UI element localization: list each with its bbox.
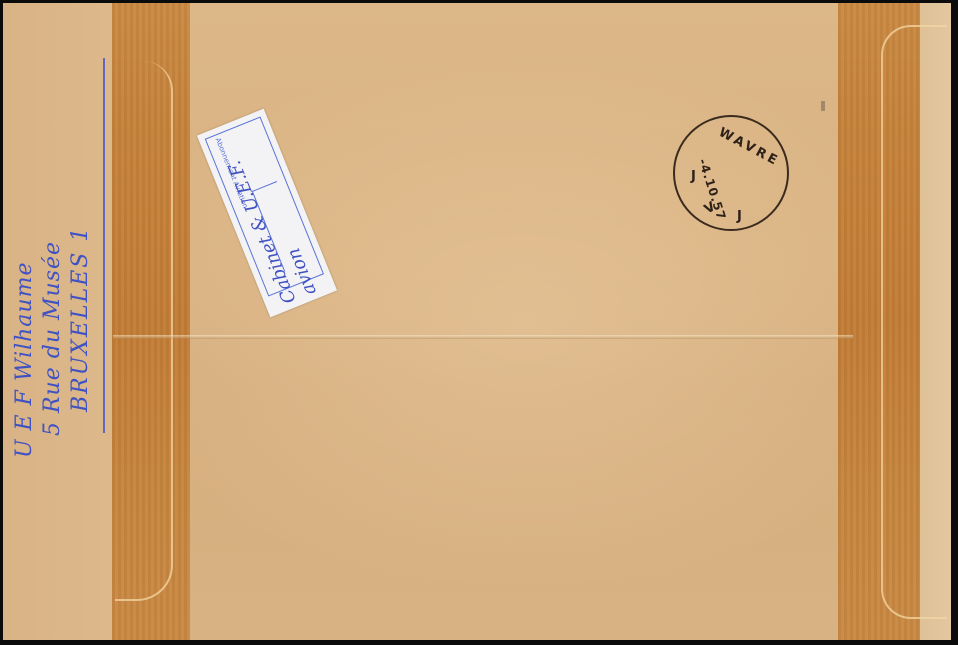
envelope-photo: U E F Wilhaume 5 Rue du Musée BRUXELLES … bbox=[0, 0, 958, 645]
address-line-name: U E F Wilhaume bbox=[11, 118, 39, 458]
postmark-town: WAVRE bbox=[716, 125, 782, 170]
flap-edge-left bbox=[115, 61, 173, 601]
postmark-mark: J bbox=[737, 209, 742, 224]
address-underline bbox=[103, 58, 105, 433]
label-hand-line-1: Cabinet & U.E.F. bbox=[224, 158, 301, 307]
paper-blemish bbox=[821, 101, 825, 111]
sender-address: U E F Wilhaume 5 Rue du Musée BRUXELLES … bbox=[3, 118, 103, 458]
postmark-stamp: WAVRE -4.10.57 J V J bbox=[673, 115, 789, 231]
envelope-back: U E F Wilhaume 5 Rue du Musée BRUXELLES … bbox=[3, 3, 951, 640]
flap-edge-right bbox=[881, 25, 947, 619]
fold-crease bbox=[113, 335, 853, 339]
airmail-label: Abonnement Aviation Cabinet & U.E.F. avi… bbox=[197, 109, 337, 318]
postmark-mark: J bbox=[691, 169, 696, 184]
address-line-city: BRUXELLES 1 bbox=[67, 118, 95, 458]
address-line-street: 5 Rue du Musée bbox=[39, 118, 67, 458]
